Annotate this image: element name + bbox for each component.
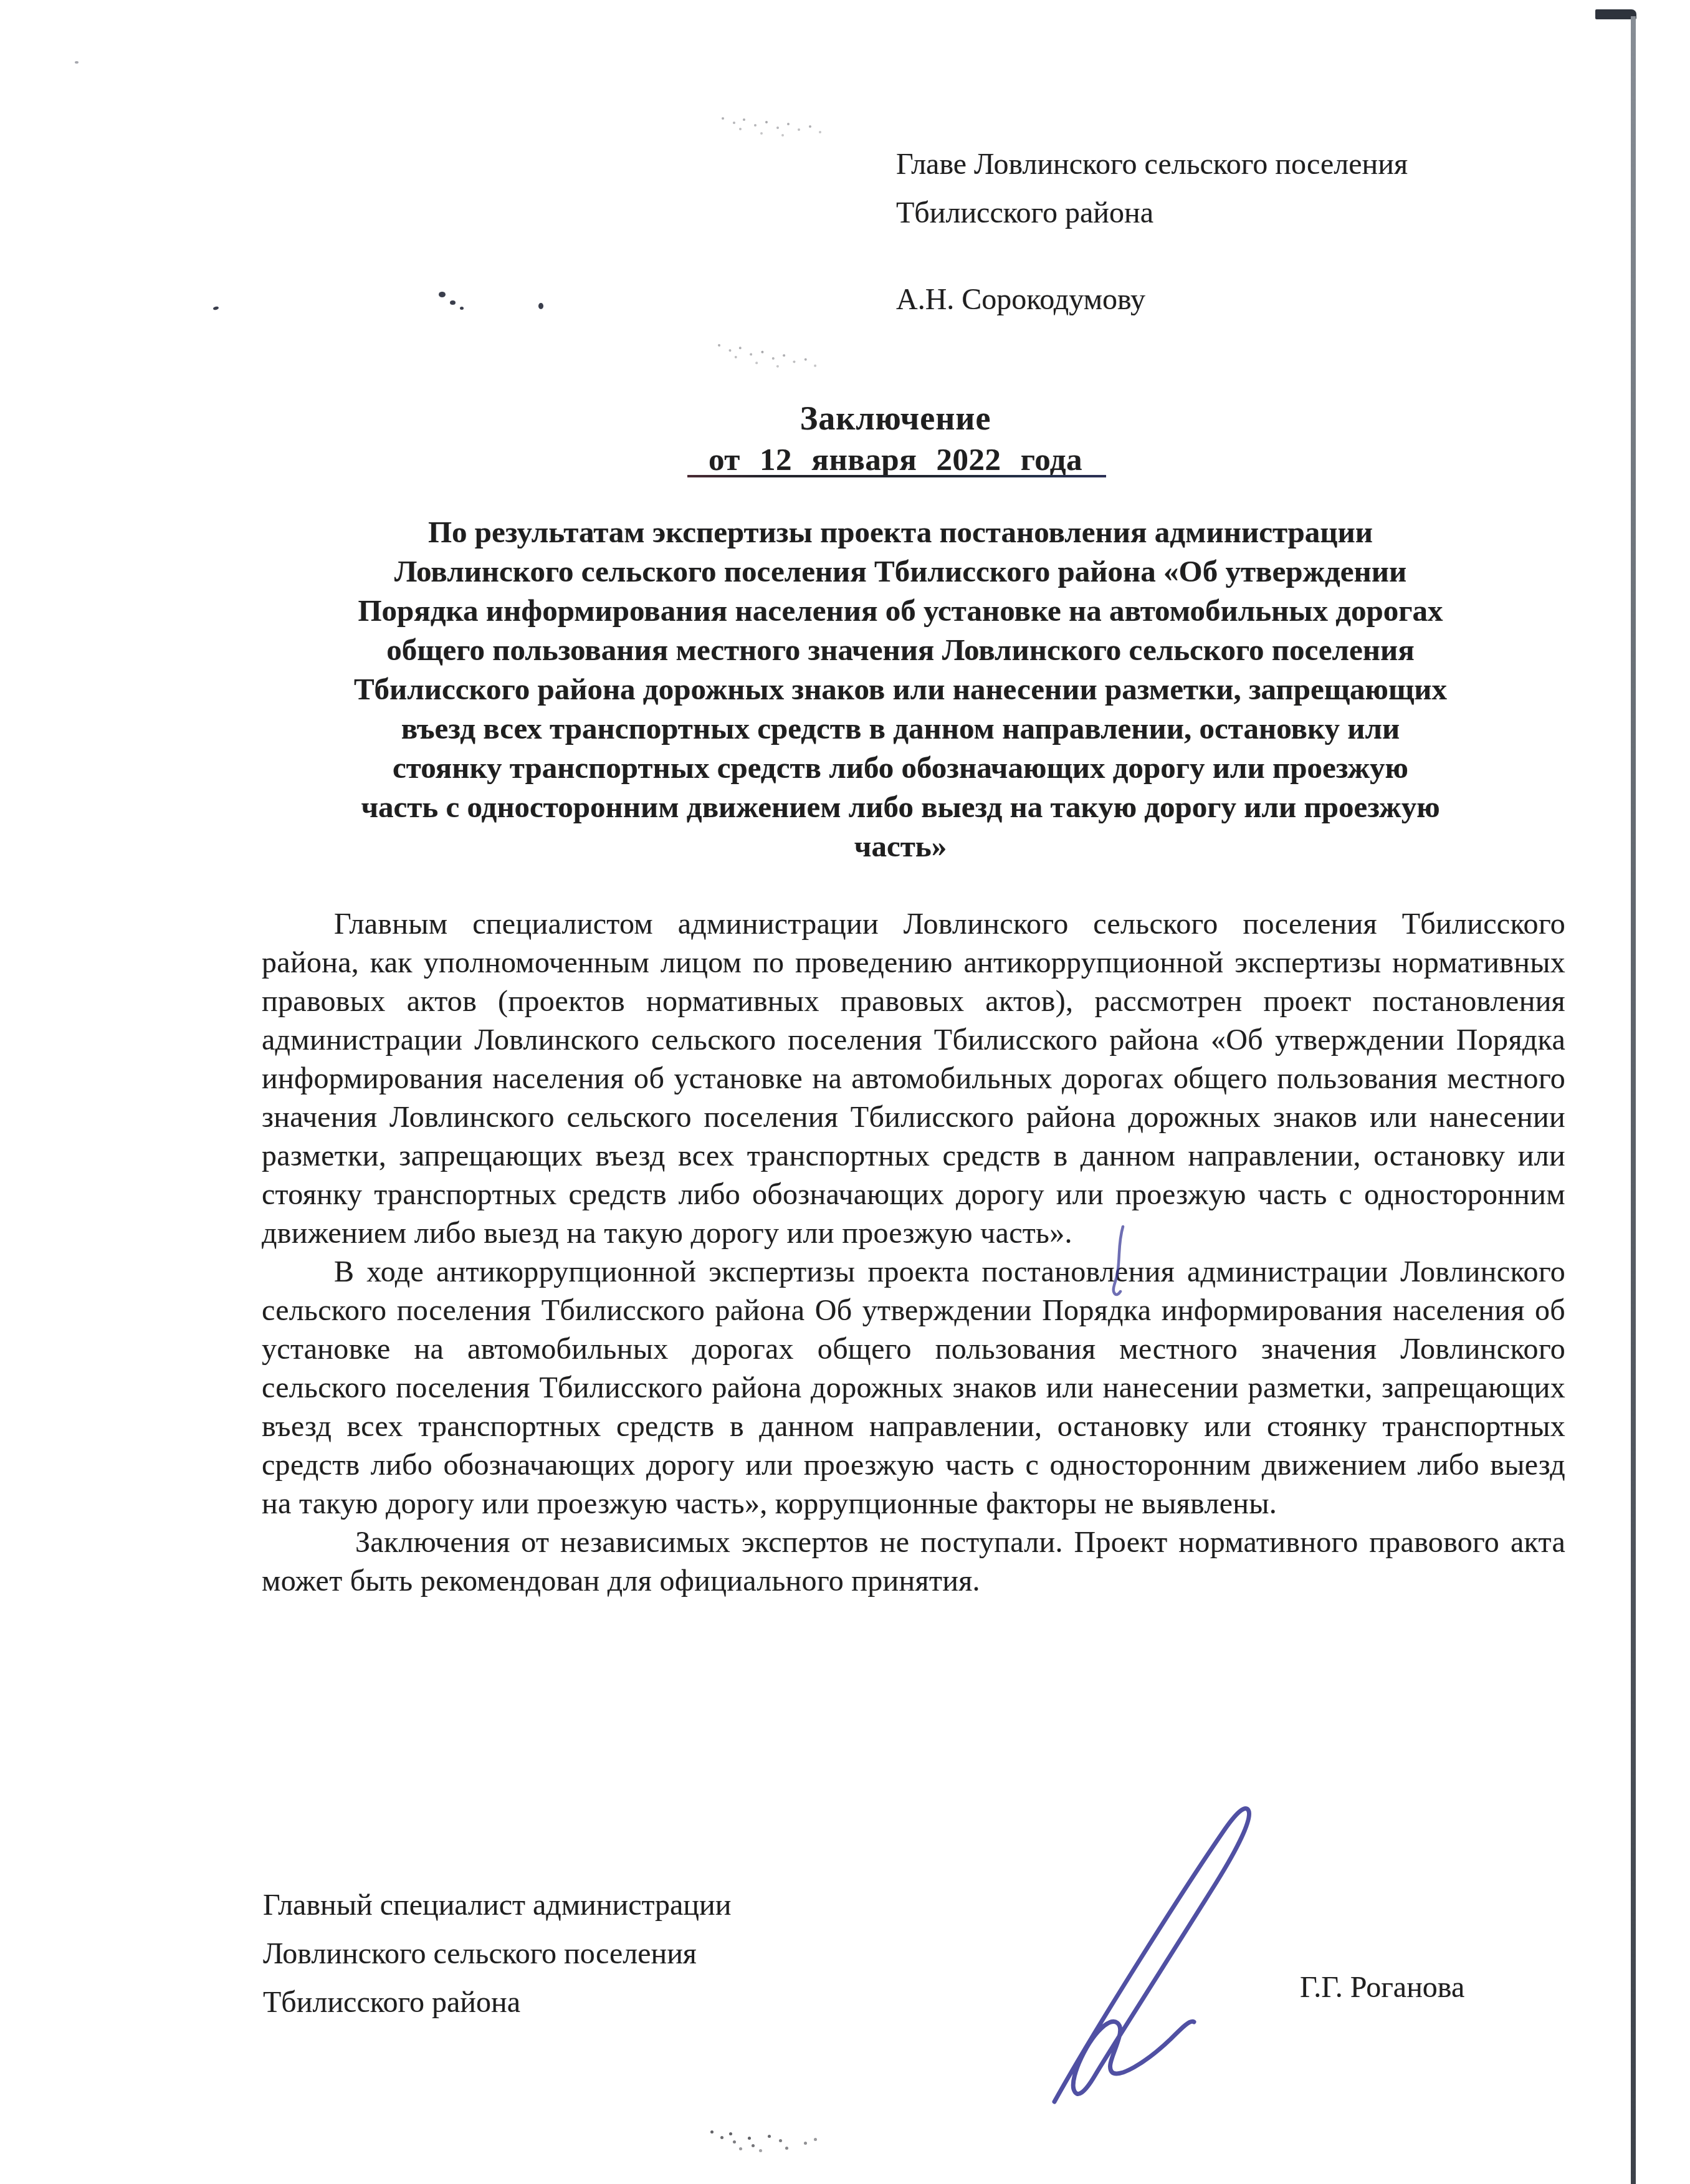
ink-speck <box>450 300 456 305</box>
ink-speck <box>538 303 543 309</box>
scan-smudge <box>718 344 720 347</box>
signature-position-block: Главный специалист администрации Ловлинс… <box>263 1881 1011 2027</box>
recipient-line-2: Тбилисского района <box>896 189 1582 237</box>
document-date: от 12 января 2022 года <box>272 441 1519 479</box>
handwritten-signature <box>1016 1776 1290 2125</box>
recipient-name: А.Н. Сорокодумову <box>896 282 1457 318</box>
ink-speck <box>460 307 464 310</box>
signature-position-line-2: Ловлинского сельского поселения <box>263 1930 1011 1978</box>
scan-edge-line <box>1631 16 1636 2184</box>
signer-name: Г.Г. Роганова <box>1300 1970 1624 2006</box>
scanned-document-page: Главе Ловлинского сельского поселения Тб… <box>0 0 1690 2184</box>
scan-smudge <box>722 117 724 120</box>
recipient-block: Главе Ловлинского сельского поселения Тб… <box>896 140 1582 237</box>
paragraph-3: Заключения от независимых экспертов не п… <box>262 1523 1565 1601</box>
document-title: Заключение <box>272 399 1519 438</box>
paragraph-2: В ходе антикоррупционной экспертизы прое… <box>262 1253 1565 1523</box>
signature-position-line-1: Главный специалист администрации <box>263 1881 1011 1930</box>
title-block: Заключение от 12 января 2022 года <box>272 399 1519 479</box>
paragraph-1: Главным специалистом администрации Ловли… <box>262 905 1565 1253</box>
date-underline <box>687 475 1106 477</box>
ink-speck <box>75 61 79 64</box>
signature-position-line-3: Тбилисского района <box>263 1978 1011 2027</box>
body-text: Главным специалистом администрации Ловли… <box>262 905 1565 1601</box>
ink-speck <box>213 306 219 310</box>
intro-paragraph: По результатам экспертизы проекта постан… <box>352 512 1449 866</box>
pen-stray-mark <box>1103 1222 1147 1303</box>
ink-speck <box>439 292 446 297</box>
scan-smudge <box>710 2130 714 2134</box>
recipient-line-1: Главе Ловлинского сельского поселения <box>896 140 1582 189</box>
